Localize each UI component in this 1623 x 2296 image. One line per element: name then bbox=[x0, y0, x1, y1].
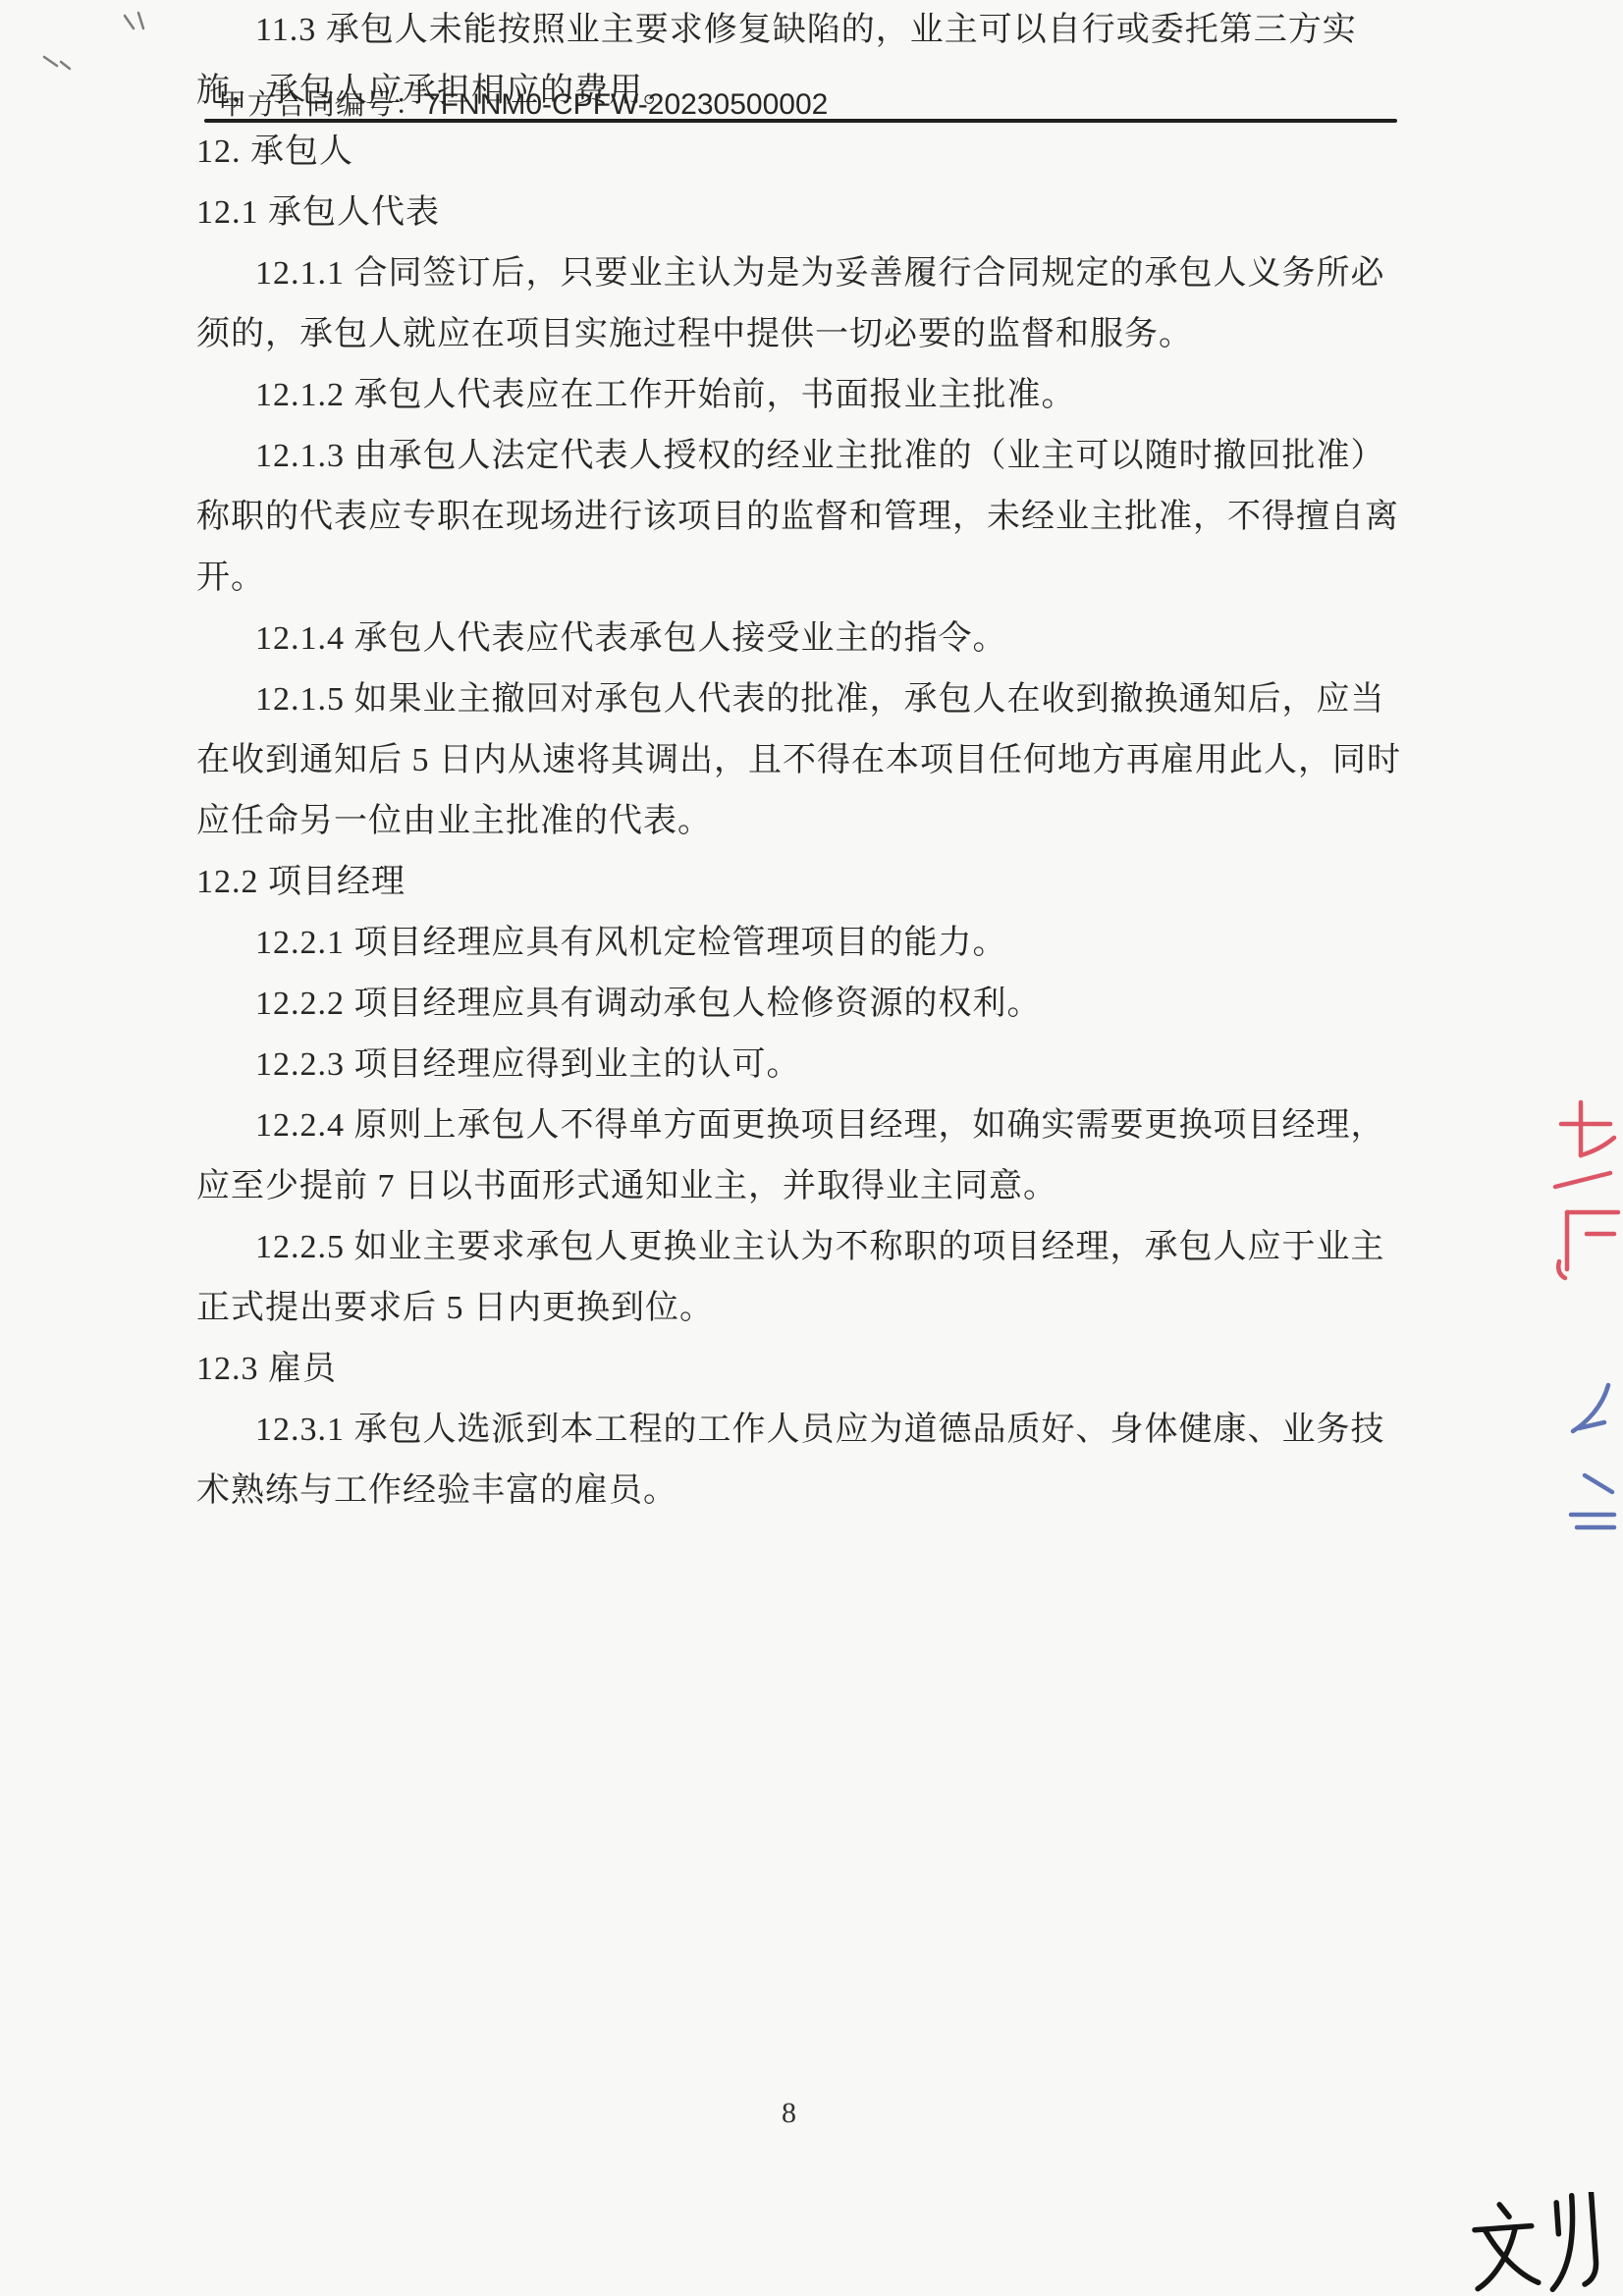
clause-12-2-2: 12.2.2 项目经理应具有调动承包人检修资源的权利。 bbox=[196, 974, 1404, 1035]
clause-12-2-1: 12.2.1 项目经理应具有风机定检管理项目的能力。 bbox=[196, 913, 1404, 974]
clause-12-2-3: 12.2.3 项目经理应得到业主的认可。 bbox=[196, 1035, 1404, 1095]
red-pen-margin-marks bbox=[1551, 1095, 1623, 1301]
heading-12-2: 12.2 项目经理 bbox=[196, 852, 1404, 913]
clause-12-1-4: 12.1.4 承包人代表应代表承包人接受业主的指令。 bbox=[196, 609, 1404, 669]
heading-12-1: 12.1 承包人代表 bbox=[196, 183, 1404, 243]
clause-12-2-4: 12.2.4 原则上承包人不得单方面更换项目经理，如确实需要更换项目经理，应至少… bbox=[196, 1095, 1404, 1217]
clause-12-3-1: 12.3.1 承包人选派到本工程的工作人员应为道德品质好、身体健康、业务技术熟练… bbox=[196, 1400, 1404, 1522]
heading-12-3: 12.3 雇员 bbox=[196, 1339, 1404, 1400]
blue-pen-margin-marks bbox=[1563, 1379, 1623, 1541]
handwritten-signature bbox=[1463, 2192, 1620, 2294]
heading-12: 12. 承包人 bbox=[196, 122, 1404, 183]
clause-12-1-2: 12.1.2 承包人代表应在工作开始前，书面报业主批准。 bbox=[196, 365, 1404, 426]
clause-11-3: 11.3 承包人未能按照业主要求修复缺陷的，业主可以自行或委托第三方实施，承包人… bbox=[196, 0, 1404, 122]
clause-12-1-1: 12.1.1 合同签订后，只要业主认为是为妥善履行合同规定的承包人义务所必须的，… bbox=[196, 243, 1404, 365]
document-body: 11.3 承包人未能按照业主要求修复缺陷的，业主可以自行或委托第三方实施，承包人… bbox=[0, 0, 1404, 1522]
page-number: 8 bbox=[782, 2097, 796, 2130]
clause-12-1-5: 12.1.5 如果业主撤回对承包人代表的批准，承包人在收到撤换通知后，应当在收到… bbox=[196, 669, 1404, 852]
scanned-contract-page: 甲方合同编号：7FNNM0-CPFW-20230500002 11.3 承包人未… bbox=[0, 0, 1623, 2296]
clause-12-2-5: 12.2.5 如业主要求承包人更换业主认为不称职的项目经理，承包人应于业主正式提… bbox=[196, 1217, 1404, 1339]
clause-12-1-3: 12.1.3 由承包人法定代表人授权的经业主批准的（业主可以随时撤回批准）称职的… bbox=[196, 426, 1404, 609]
